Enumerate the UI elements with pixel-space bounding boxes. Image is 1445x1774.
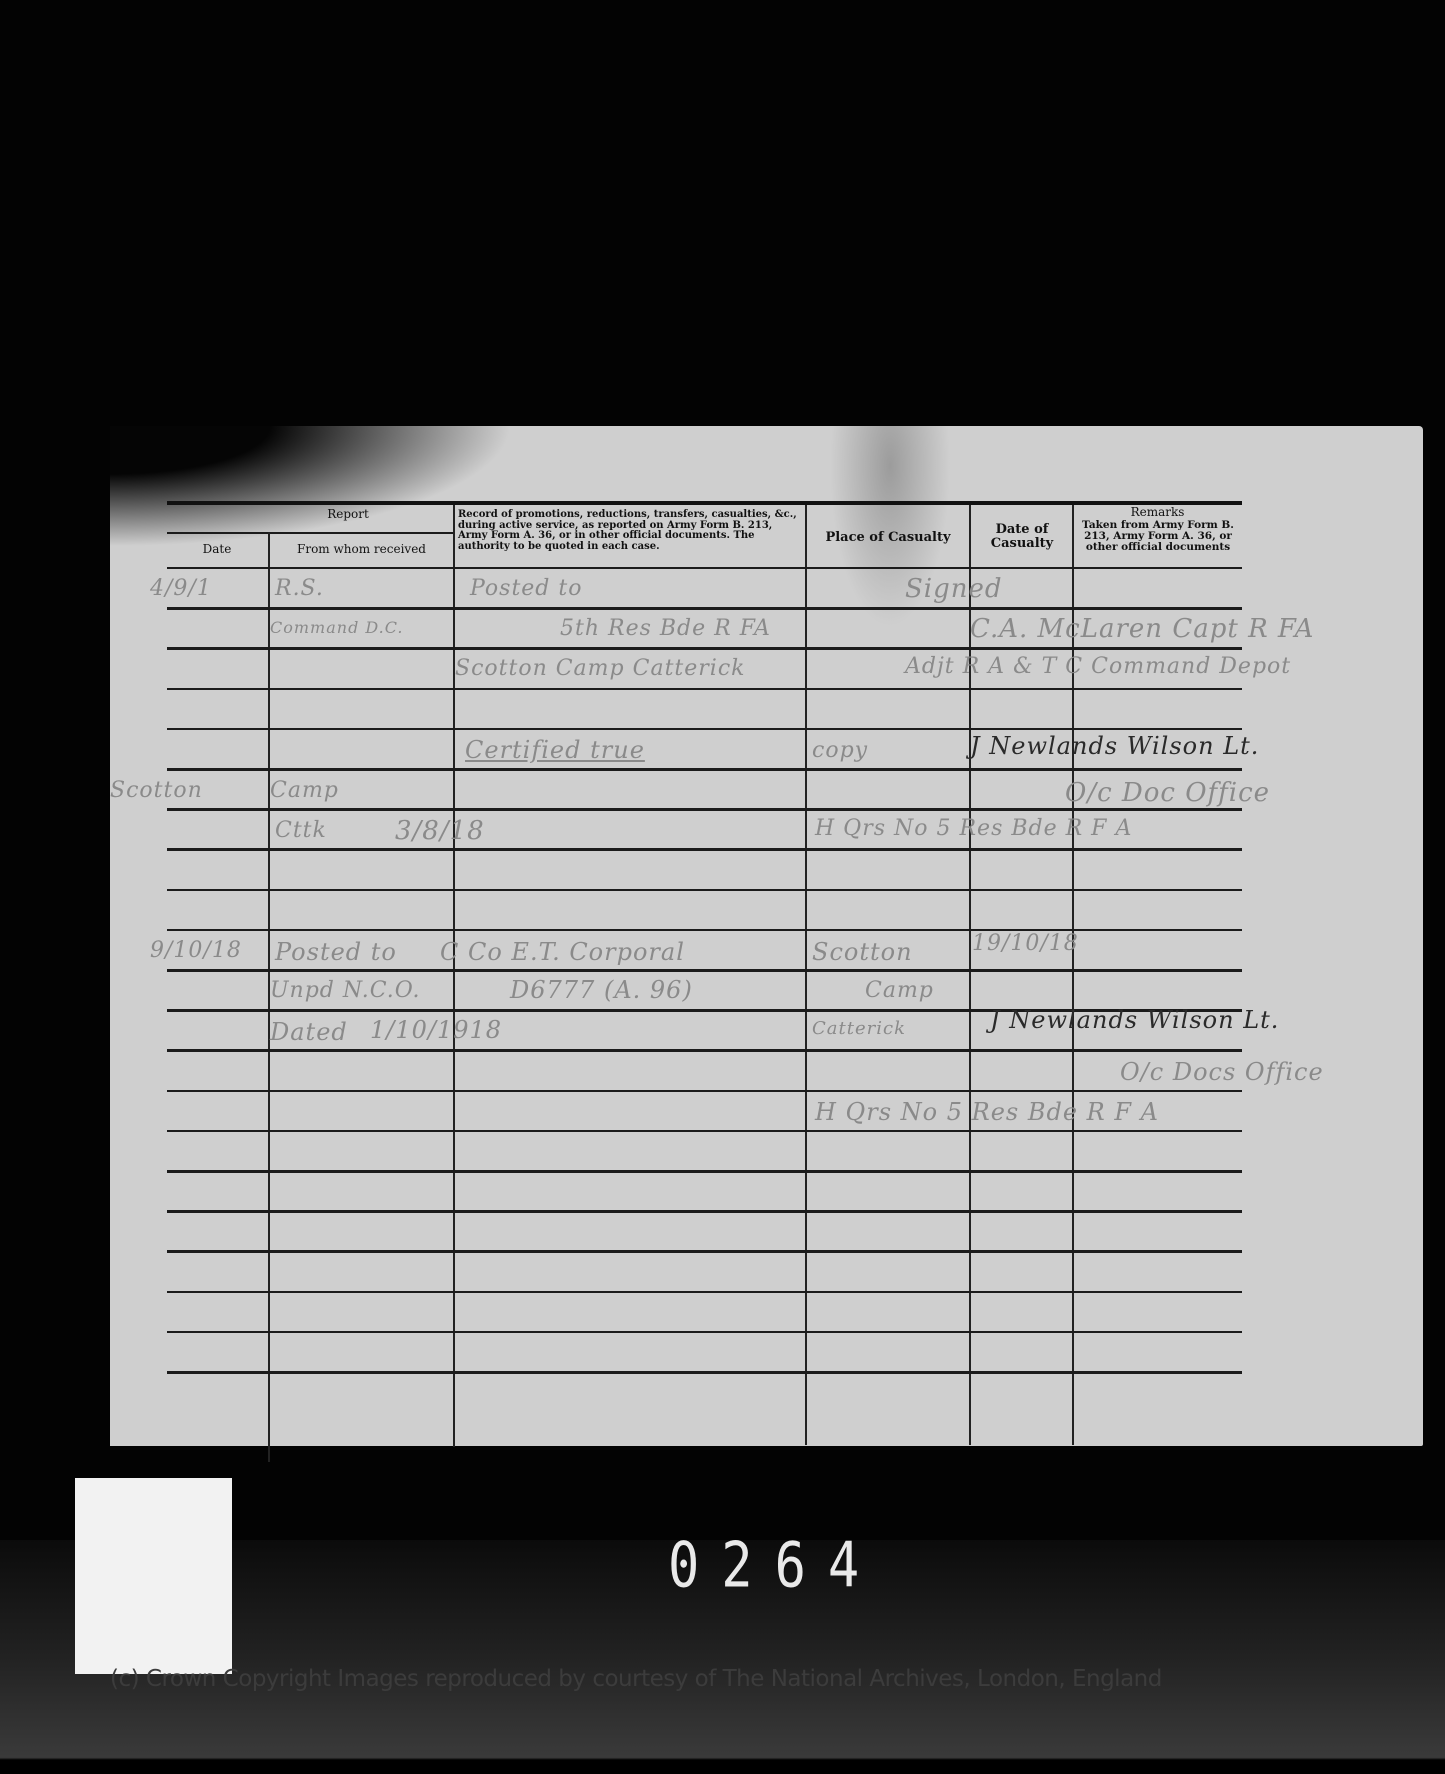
header-from-whom: From whom received [270, 543, 453, 556]
header-remarks-title: Remarks [1075, 506, 1240, 519]
col-line-from [453, 505, 455, 1447]
row-line [167, 1210, 1242, 1213]
entry-from: Unpd N.C.O. [270, 978, 421, 1003]
entry-place: copy [812, 738, 868, 763]
col-line-place [969, 505, 971, 1445]
frame-number: 0264 [668, 1530, 881, 1602]
row-line [167, 1170, 1242, 1173]
entry-date: 9/10/18 [150, 938, 242, 963]
entry-record: Scotton Camp Catterick [455, 656, 745, 681]
entry-place: Signed [905, 574, 1003, 604]
entry-record: Certified true [465, 736, 645, 764]
entry-record: C Co E.T. Corporal [440, 938, 685, 966]
entry-from: Command D.C. [270, 618, 404, 637]
entry-date: Scotton [110, 778, 203, 803]
entry-signature: J Newlands Wilson Lt. [970, 732, 1259, 760]
row-line [167, 848, 1242, 851]
entry-record: 1/10/1918 [370, 1016, 502, 1044]
entry-from: Posted to [275, 938, 397, 966]
entry-place: C.A. McLaren Capt R FA [970, 614, 1314, 644]
header-record: Record of promotions, reductions, transf… [458, 510, 800, 552]
entry-remarks: O/c Docs Office [1120, 1058, 1324, 1086]
entry-signature: J Newlands Wilson Lt. [990, 1006, 1279, 1034]
row-line [167, 1331, 1242, 1334]
entry-place: H Qrs No 5 Res Bde R F A [815, 1098, 1159, 1126]
entry-from: R.S. [275, 576, 324, 601]
row-line [167, 1090, 1242, 1093]
entry-date-of-casualty: 19/10/18 [972, 931, 1079, 956]
calibration-card [75, 1478, 232, 1674]
row-line [167, 607, 1242, 610]
row-line [167, 647, 1242, 650]
top-rule [167, 501, 1242, 505]
row-line [167, 728, 1242, 731]
header-remarks-sub: Taken from Army Form B. 213, Army Form A… [1078, 520, 1238, 553]
entry-place: Camp [865, 978, 934, 1003]
header-report-group: Report [268, 508, 428, 521]
header-report-divider [167, 532, 453, 534]
entry-from: Camp [270, 778, 339, 803]
row-line [167, 1291, 1242, 1294]
entry-from: Dated [270, 1018, 348, 1046]
row-line [167, 969, 1242, 972]
col-line-date-casualty [1072, 505, 1074, 1445]
row-line [167, 808, 1242, 811]
header-place: Place of Casualty [807, 531, 969, 545]
entry-date: 4/9/1 [150, 576, 212, 601]
entry-from: Cttk [275, 818, 327, 843]
entry-place: Catterick [812, 1018, 906, 1039]
entry-place: Scotton [812, 938, 913, 966]
row-line [167, 1250, 1242, 1253]
entry-record: 5th Res Bde R FA [560, 616, 771, 641]
header-date: Date [167, 543, 267, 556]
row-line [167, 567, 1242, 569]
row-line [167, 929, 1242, 932]
col-line-record [805, 505, 807, 1445]
copyright-notice: (c) Crown Copyright Images reproduced by… [110, 1666, 1162, 1692]
entry-record: 3/8/18 [395, 816, 485, 846]
form-page: Report Date From whom received Record of… [110, 426, 1423, 1446]
entry-place: Adjt R A & T C Command Depot [905, 654, 1291, 679]
entry-place: H Qrs No 5 Res Bde R F A [815, 816, 1132, 841]
row-line [167, 688, 1242, 691]
entry-remarks: O/c Doc Office [1065, 778, 1270, 808]
row-line [167, 1130, 1242, 1133]
entry-record: Posted to [470, 576, 582, 601]
row-line [167, 1371, 1242, 1374]
row-line [167, 768, 1242, 771]
row-line [167, 1049, 1242, 1052]
row-line [167, 889, 1242, 892]
header-date-of-casualty: Date of Casualty [972, 523, 1072, 550]
entry-record: D6777 (A. 96) [510, 976, 693, 1004]
